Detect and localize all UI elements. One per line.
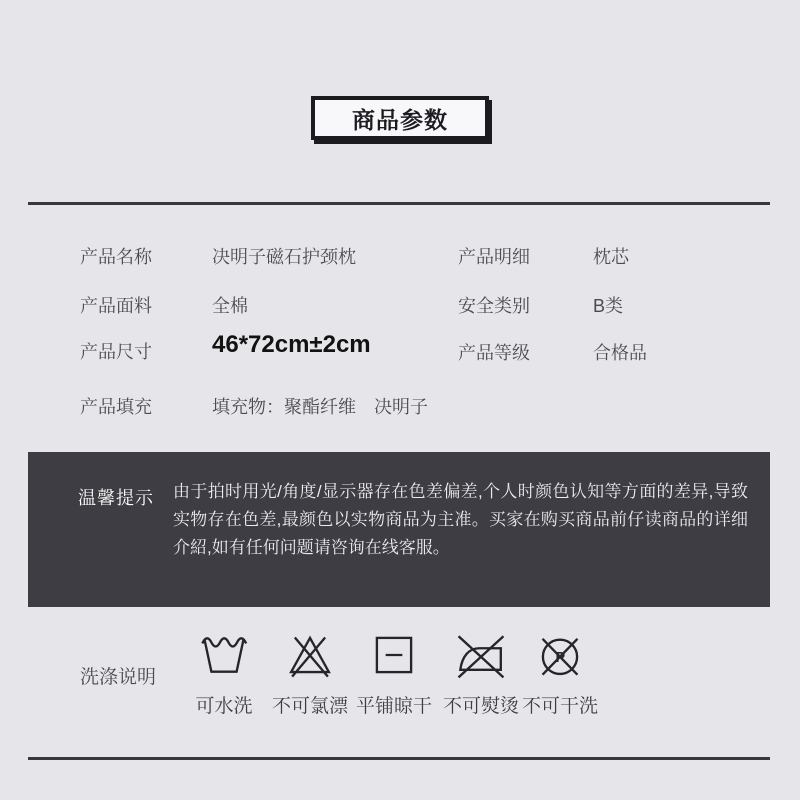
top-divider <box>28 202 770 205</box>
product-parameters-page: 商品参数 产品名称 决明子磁石护颈枕 产品面料 全棉 产品尺寸 46*72cm±… <box>0 0 800 800</box>
param-label-detail: 产品明细 <box>458 243 530 269</box>
bottom-divider <box>28 757 770 760</box>
param-value-filling: 填充物：聚酯纤维 决明子 <box>212 393 428 419</box>
param-label-filling: 产品填充 <box>80 393 152 419</box>
no-bleach-icon <box>283 628 337 682</box>
section-title: 商品参数 <box>352 102 448 135</box>
param-label-safety: 安全类别 <box>458 292 530 318</box>
care-caption-no-dry-clean: 不可干洗 <box>505 691 615 718</box>
param-label-size: 产品尺寸 <box>80 338 152 364</box>
param-label-name: 产品名称 <box>80 243 152 269</box>
param-value-grade: 合格品 <box>593 339 647 365</box>
notice-label: 温馨提示 <box>78 484 154 510</box>
no-dry-clean-icon: P <box>533 628 587 682</box>
notice-text: 由于拍时用光/角度/显示器存在色差偏差,个人时颜色认知等方面的差异,导致实物存在… <box>173 478 748 562</box>
param-value-fabric: 全棉 <box>212 292 248 318</box>
param-value-name: 决明子磁石护颈枕 <box>212 243 356 269</box>
section-title-box: 商品参数 <box>311 96 489 140</box>
param-label-grade: 产品等级 <box>458 339 530 365</box>
no-iron-icon <box>454 628 508 682</box>
notice-banner: 温馨提示 由于拍时用光/角度/显示器存在色差偏差,个人时颜色认知等方面的差异,导… <box>28 452 770 607</box>
param-label-fabric: 产品面料 <box>80 292 152 318</box>
param-value-safety: B类 <box>593 292 623 318</box>
param-value-detail: 枕芯 <box>593 243 629 269</box>
flat-dry-icon <box>367 628 421 682</box>
washing-section-label: 洗涤说明 <box>80 662 156 689</box>
param-value-size: 46*72cm±2cm <box>212 331 371 359</box>
wash-tub-icon <box>197 628 251 682</box>
